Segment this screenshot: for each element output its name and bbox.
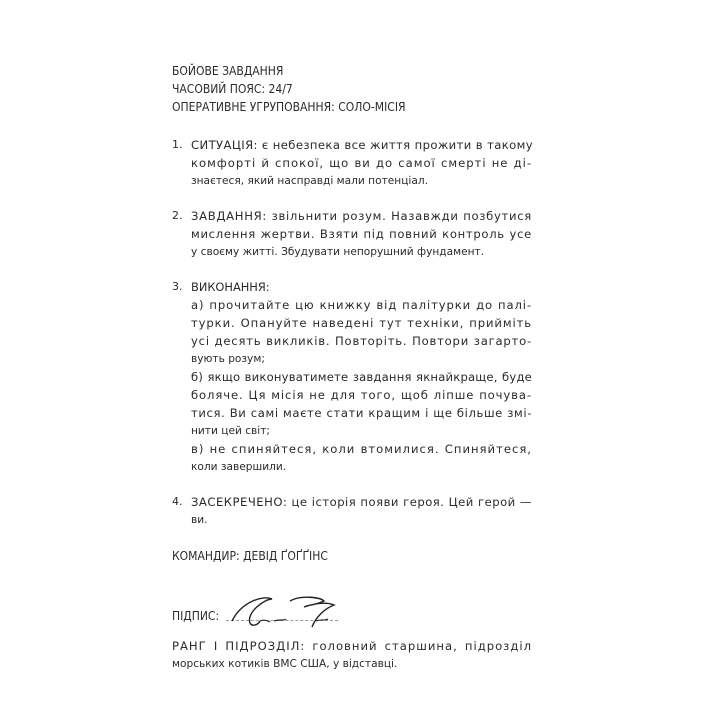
item-number: 3. — [172, 278, 183, 296]
text-line: ВИКОНАННЯ: — [191, 278, 532, 296]
text-line: ЗАСЕКРЕЧЕНО: це історія появи героя. Цей… — [191, 493, 532, 511]
text-line: нити цей світ; — [191, 422, 532, 440]
text-line: мислення жертви. Взяти під повний контро… — [191, 225, 532, 243]
text-line: СИТУАЦІЯ: є небезпека все життя прожити … — [191, 136, 532, 154]
signature-label: ПІДПИС: — [172, 607, 219, 625]
list-item-classified: 4. ЗАСЕКРЕЧЕНО: це історія появи героя. … — [172, 493, 532, 529]
signature-row: ПІДПИС: — [172, 587, 532, 627]
text-line: морських котиків ВМС США, у відставці. — [172, 655, 532, 673]
signature-icon — [224, 591, 344, 631]
list-item-task: 2. ЗАВДАННЯ: звільнити розум. Назавжди п… — [172, 207, 532, 261]
item-number: 4. — [172, 493, 183, 511]
text-line: комфорті й спокої, що ви до самої смерті… — [191, 154, 532, 172]
text-line: в) не спиняйтеся, коли втомилися. Спиняй… — [191, 440, 532, 458]
text-line: а) прочитайте цю книжку від палітурки до… — [191, 296, 532, 314]
list-item-execution: 3. ВИКОНАННЯ: а) прочитайте цю книжку ві… — [172, 278, 532, 476]
text-line: у своєму житті. Збудувати непорушний фун… — [191, 243, 532, 261]
text-line: турки. Опануйте наведені тут техніки, пр… — [191, 314, 532, 332]
text-line: ви. — [191, 511, 532, 529]
header-group: ОПЕРАТИВНЕ УГРУПОВАННЯ: СОЛО-МІСІЯ — [172, 98, 532, 116]
commander-line: КОМАНДИР: ДЕВІД ҐОҐҐІНС — [172, 547, 532, 565]
text-line: вують розум; — [191, 350, 532, 368]
item-number: 2. — [172, 207, 183, 225]
rank-and-unit: РАНГ І ПІДРОЗДІЛ: головний старшина, під… — [172, 637, 532, 673]
header-title: БОЙОВЕ ЗАВДАННЯ — [172, 62, 532, 80]
text-line: б) якщо виконуватимете завдання якнайкра… — [191, 368, 532, 386]
text-line: коли завершили. — [191, 458, 532, 476]
text-line: знаєтеся, який насправді мали потенціал. — [191, 172, 532, 190]
text-line: боляче. Ця місія не для того, щоб ліпше … — [191, 386, 532, 404]
item-number: 1. — [172, 136, 183, 154]
book-page: БОЙОВЕ ЗАВДАННЯ ЧАСОВИЙ ПОЯС: 24/7 ОПЕРА… — [172, 62, 532, 673]
list-item-situation: 1. СИТУАЦІЯ: є небезпека все життя прожи… — [172, 136, 532, 190]
header-timezone: ЧАСОВИЙ ПОЯС: 24/7 — [172, 80, 532, 98]
text-line: усі десять викликів. Повторіть. Повтори … — [191, 332, 532, 350]
text-line: РАНГ І ПІДРОЗДІЛ: головний старшина, під… — [172, 637, 532, 655]
text-line: ЗАВДАННЯ: звільнити розум. Назавжди позб… — [191, 207, 532, 225]
text-line: тися. Ви самі маєте стати кращим і ще бі… — [191, 404, 532, 422]
